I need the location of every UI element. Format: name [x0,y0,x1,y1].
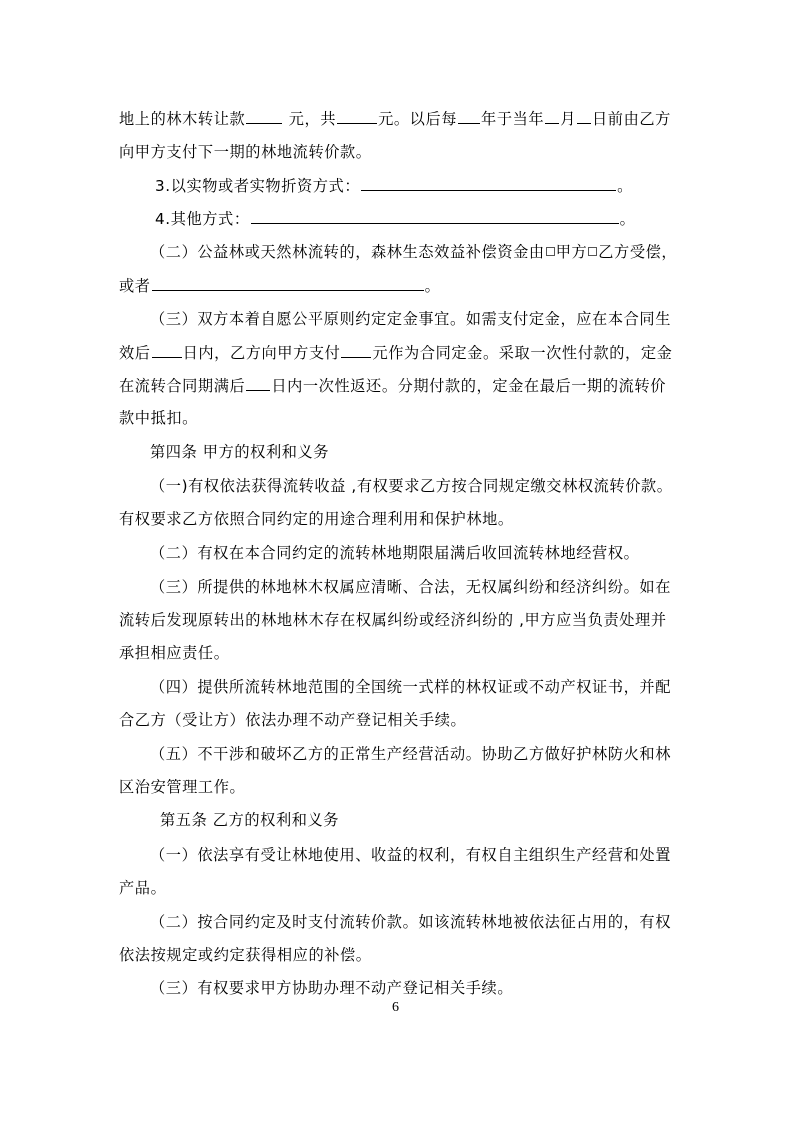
paragraph-line: 承担相应责任。 [119,643,230,663]
paragraph-line: （一)有权依法获得流转收益 ,有权要求乙方按合同规定缴交林权流转价款。 [150,476,673,496]
paragraph-line: （四）提供所流转林地范围的全国统一式样的林权证或不动产权证书，并配 [150,677,671,697]
blank-field[interactable] [246,108,282,124]
blank-field[interactable] [458,108,480,124]
paragraph-line: 有权要求乙方依照合同约定的用途合理利用和保护林地。 [119,509,514,529]
paragraph-line: 3.以实物或者实物折资方式：。 [155,175,633,196]
paragraph-line: （三）所提供的林地林木权属应清晰、合法，无权属纠纷和经济纠纷。如在 [150,577,671,597]
article-heading: 第四条 甲方的权利和义务 [150,442,329,462]
paragraph-line: （二）公益林或天然林流转的，森林生态效益补偿资金由甲方乙方受偿， [150,242,677,262]
paragraph-line: 效后日内，乙方向甲方支付元作为合同定金。采取一次性付款的，定金 [119,342,672,363]
text: 。 [617,177,633,195]
paragraph-line: 依法按规定或约定获得相应的补偿。 [119,945,372,965]
text: 甲方 [556,243,588,261]
blank-field[interactable] [341,342,371,358]
paragraph-line: （五）不干涉和破坏乙方的正常生产经营活动。协助乙方做好护林防火和林 [150,744,671,764]
paragraph-line: 款中抵扣。 [119,408,198,428]
paragraph-line: （二）有权在本合同约定的流转林地期限届满后收回流转林地经营权。 [150,543,639,563]
paragraph-line: 地上的林木转让款 元，共元。以后每年于当年月日前由乙方 [119,108,671,129]
paragraph-line: 产品。 [119,878,166,898]
blank-field[interactable] [545,108,559,124]
checkbox-party-b[interactable] [588,247,597,256]
paragraph-line: 区治安管理工作。 [119,777,245,797]
text: 年于当年 [481,110,544,128]
paragraph-line: （二）按合同约定及时支付流转价款。如该流转林地被依法征占用的，有权 [150,912,671,932]
page-number: 6 [392,1000,399,1016]
text: 乙方受偿， [598,243,677,261]
text: 月 [560,110,576,128]
blank-field[interactable] [152,275,424,291]
text: 日前由乙方 [592,110,671,128]
text: 日内一次性返还。分期付款的，定金在最后一期的流转价 [271,377,666,395]
paragraph-line: 流转后发现原转出的林地林木存在权属纠纷或经济纠纷的 ,甲方应当负责处理并 [119,610,667,630]
text: 地上的林木转让款 [119,110,245,128]
text: 4.其他方式： [155,210,250,228]
text: 元，共 [283,110,336,128]
text: 或者 [119,277,151,295]
text: （二）公益林或天然林流转的，森林生态效益补偿资金由 [150,243,545,261]
article-heading: 第五条 乙方的权利和义务 [160,810,339,830]
paragraph-line: （一）依法享有受让林地使用、收益的权利，有权自主组织生产经营和处置 [150,845,671,865]
blank-field[interactable] [251,208,619,224]
text: 。 [425,277,441,295]
text: 。 [620,210,636,228]
text: 元。以后每 [378,110,457,128]
document-page: 地上的林木转让款 元，共元。以后每年于当年月日前由乙方 向甲方支付下一期的林地流… [0,0,793,1122]
paragraph-line: （三）双方本着自愿公平原则约定定金事宜。如需支付定金，应在本合同生 [150,309,671,329]
text: 在流转合同期满后 [119,377,245,395]
paragraph-line: （三）有权要求甲方协助办理不动产登记相关手续。 [150,978,513,998]
text: 元作为合同定金。采取一次性付款的，定金 [372,344,672,362]
text: 3.以实物或者实物折资方式： [155,177,360,195]
paragraph-line: 或者。 [119,275,440,296]
blank-field[interactable] [246,375,270,391]
text: 日内，乙方向甲方支付 [183,344,341,362]
blank-field[interactable] [337,108,377,124]
paragraph-line: 在流转合同期满后日内一次性返还。分期付款的，定金在最后一期的流转价 [119,375,666,396]
checkbox-party-a[interactable] [546,247,555,256]
paragraph-line: 4.其他方式：。 [155,208,635,229]
blank-field[interactable] [577,108,591,124]
paragraph-line: 向甲方支付下一期的林地流转价款。 [119,142,372,162]
blank-field[interactable] [152,342,182,358]
blank-field[interactable] [361,175,616,191]
text: 效后 [119,344,151,362]
paragraph-line: 合乙方（受让方）依法办理不动产登记相关手续。 [119,710,466,730]
